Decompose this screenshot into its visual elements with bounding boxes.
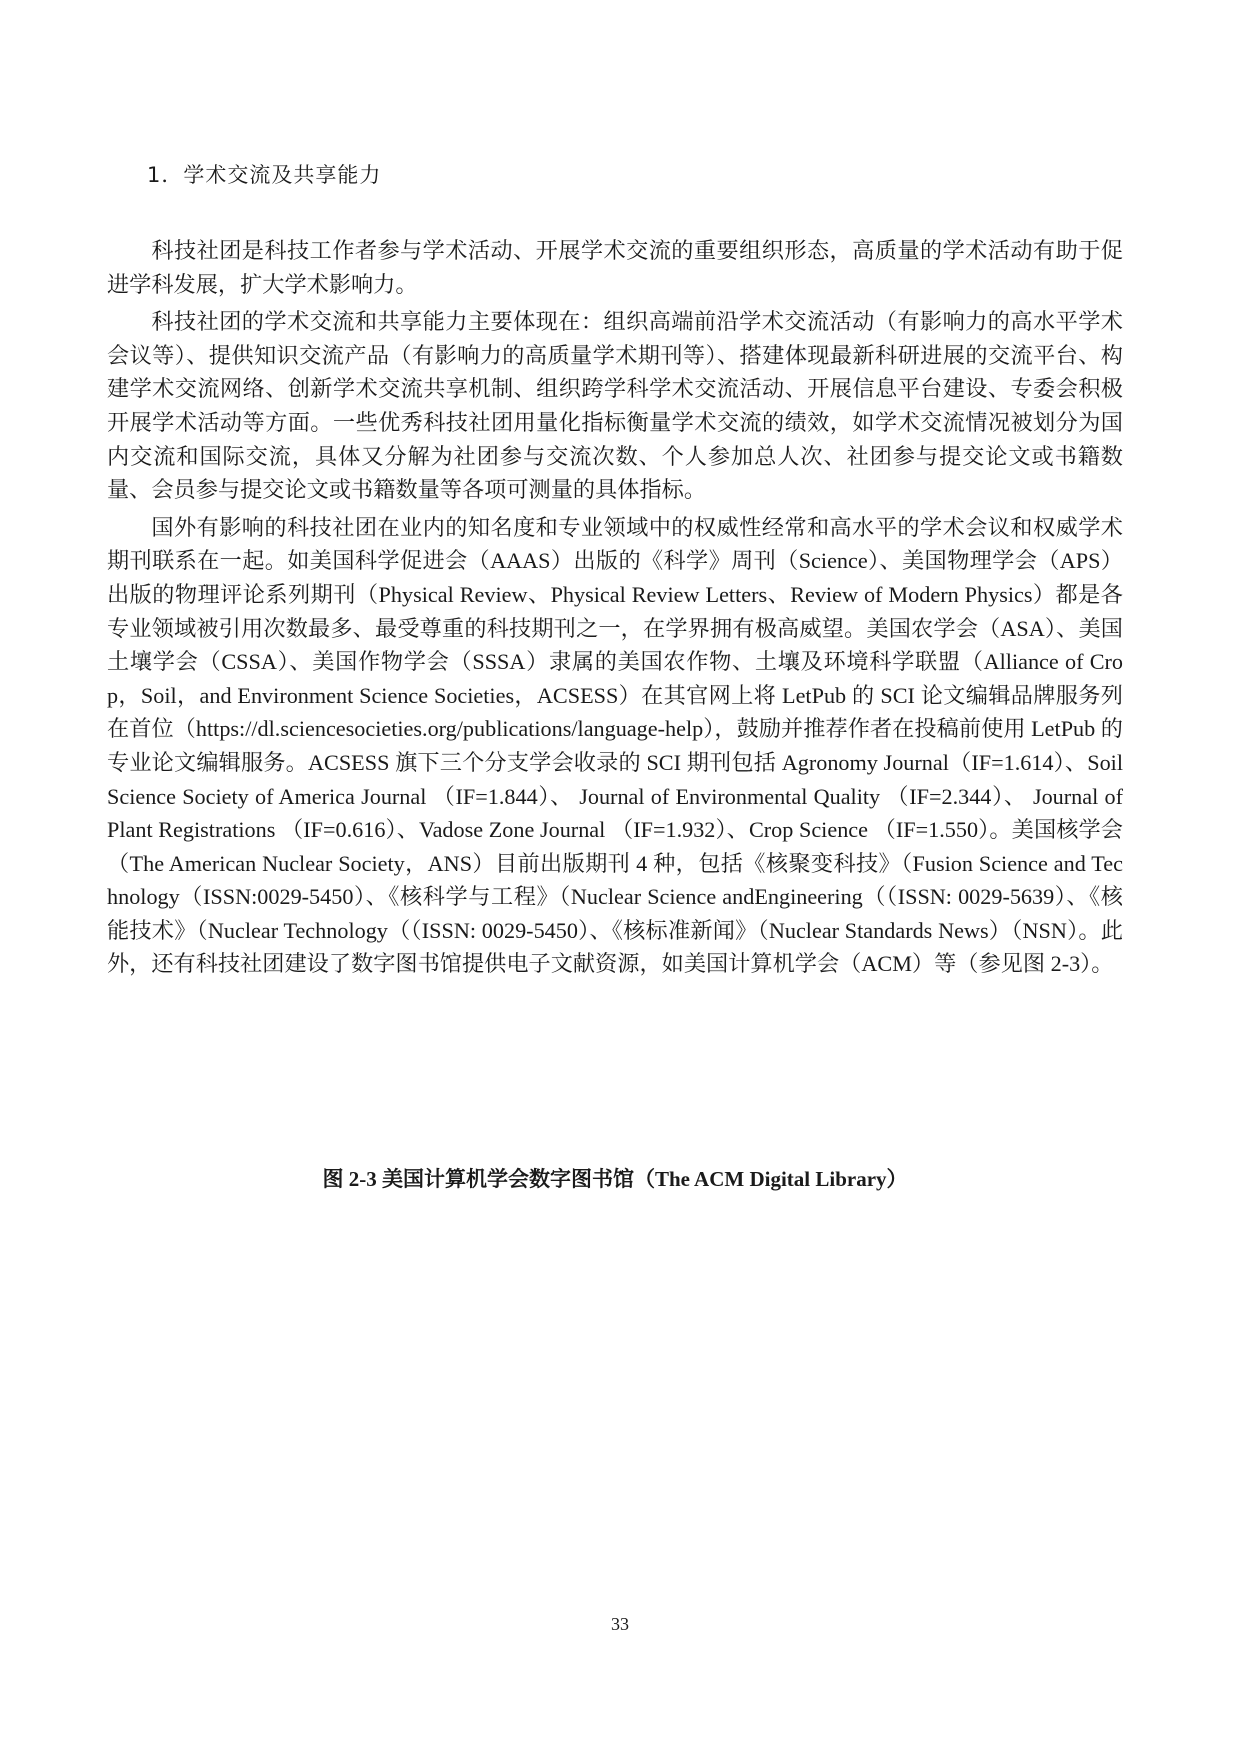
paragraph-intro: 科技社团是科技工作者参与学术活动、开展学术交流的重要组织形态，高质量的学术活动有… [107, 234, 1123, 301]
section-heading: 1．学术交流及共享能力 [147, 160, 381, 190]
paragraph-capabilities: 科技社团的学术交流和共享能力主要体现在：组织高端前沿学术交流活动（有影响力的高水… [107, 305, 1123, 507]
figure-caption: 图 2-3 美国计算机学会数字图书馆（The ACM Digital Libra… [107, 1164, 1123, 1194]
body-text: 科技社团是科技工作者参与学术活动、开展学术交流的重要组织形态，高质量的学术活动有… [107, 234, 1123, 985]
page-number: 33 [0, 1612, 1240, 1636]
paragraph-foreign-societies: 国外有影响的科技社团在业内的知名度和专业领域中的权威性经常和高水平的学术会议和权… [107, 511, 1123, 981]
